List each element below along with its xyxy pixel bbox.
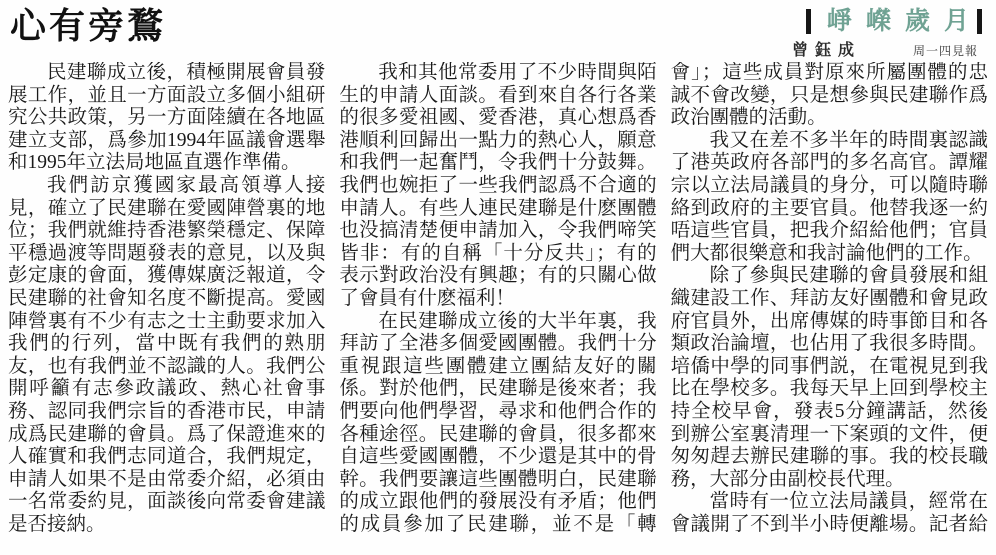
masthead-byline-row: 曾鈺成 周一四見報 [782, 37, 982, 60]
masthead-title-row: 崢嶸歲月 [782, 8, 982, 34]
masthead-right-bar [977, 9, 982, 34]
publication-schedule: 周一四見報 [913, 42, 978, 59]
article-paragraph: 我和其他常委用了不少時間與陌生的申請人面談。看到來自各行各業的很多愛祖國、愛香港… [339, 62, 656, 311]
article-body: 民建聯成立後，積極開展會員發展工作，並且一方面設立多個小組研究公共政策，另一方面… [8, 62, 988, 549]
article-paragraph: 民建聯成立後，積極開展會員發展工作，並且一方面設立多個小組研究公共政策，另一方面… [8, 62, 325, 175]
column-masthead: 崢嶸歲月 曾鈺成 周一四見報 [782, 8, 982, 60]
article-paragraph: 我又在差不多半年的時間裏認識了港英政府各部門的多名高官。譚耀宗以立法局議員的身分… [671, 130, 988, 266]
newspaper-page: 心有旁鶩 崢嶸歲月 曾鈺成 周一四見報 民建聯成立後，積極開展會員發展工作，並且… [0, 0, 996, 555]
author-name: 曾鈺成 [792, 37, 861, 60]
article-paragraph: 除了參與民建聯的會員發展和組織建設工作、拜訪友好團體和會見政府官員外，出席傳媒的… [671, 265, 988, 491]
article-title: 心有旁鶩 [10, 8, 166, 44]
article-paragraph: 我們訪京獲國家最高領導人接見，確立了民建聯在愛國陣營裏的地位；我們就維持香港繁榮… [8, 175, 325, 537]
column-title: 崢嶸歲月 [811, 8, 983, 34]
